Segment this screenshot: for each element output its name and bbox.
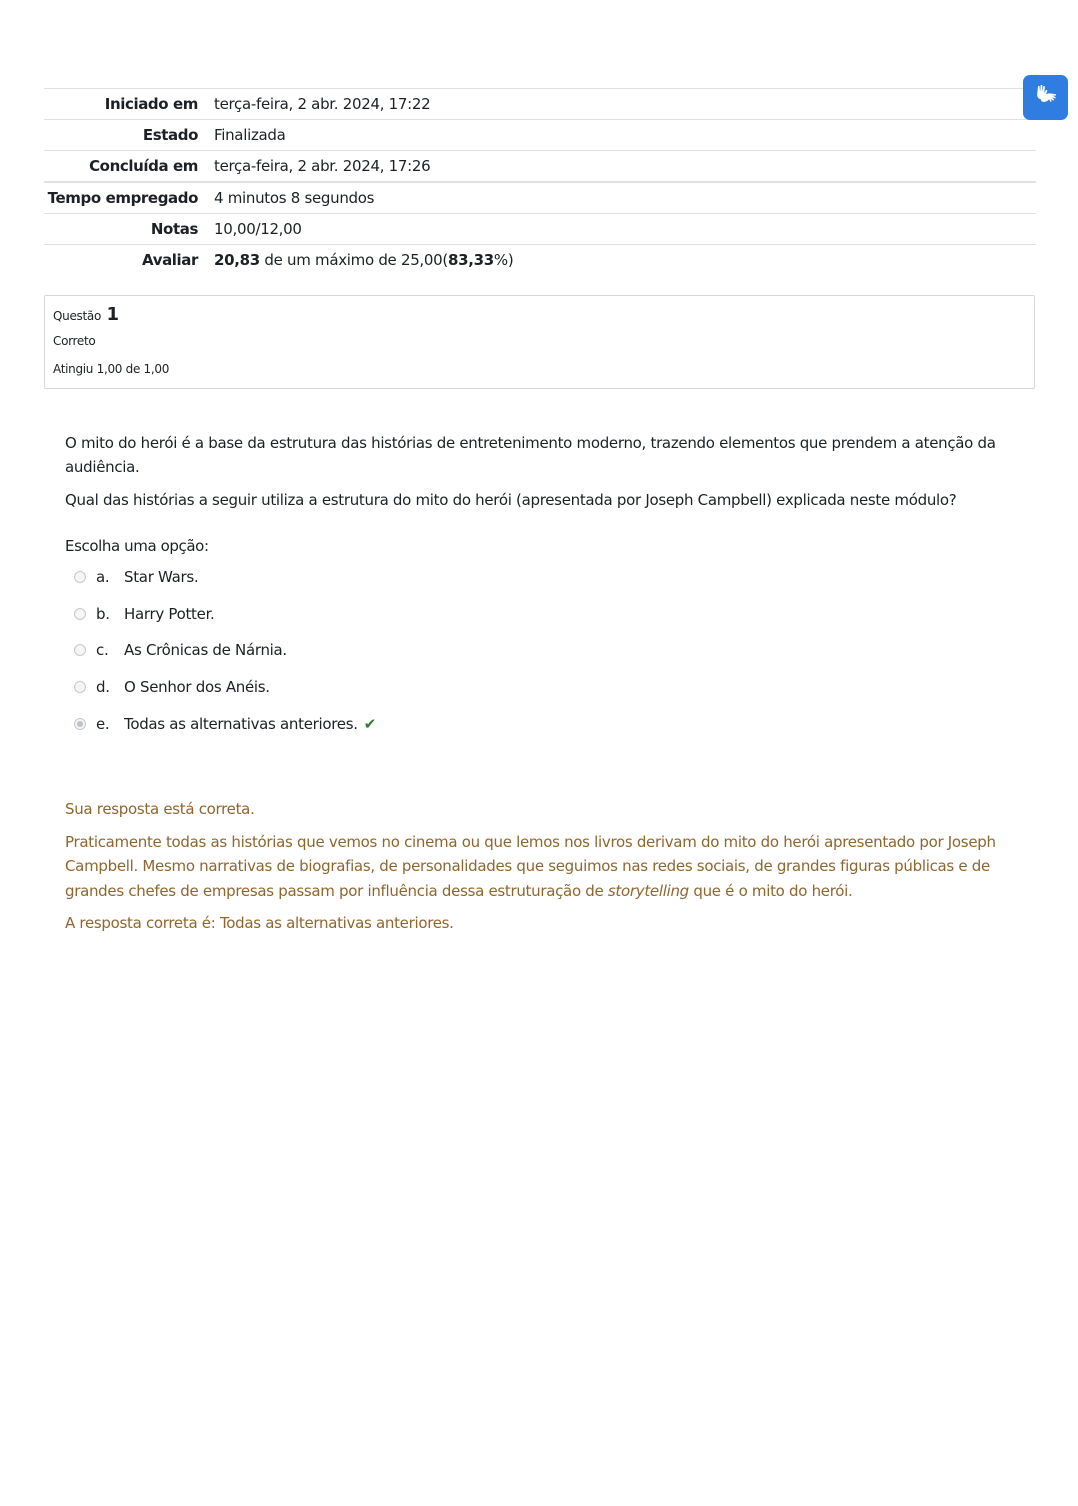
answer-letter: d. — [96, 678, 124, 696]
answer-text: As Crônicas de Nárnia. — [124, 641, 287, 659]
summary-row-started: Iniciado em terça-feira, 2 abr. 2024, 17… — [44, 89, 1036, 120]
radio-button-selected[interactable] — [74, 718, 86, 730]
feedback-text: que é o mito do herói. — [689, 882, 853, 900]
question-text-paragraph: Qual das histórias a seguir utiliza a es… — [65, 488, 1015, 512]
summary-value: 4 minutos 8 segundos — [214, 182, 1036, 214]
question-info-box: Questão 1 Correto Atingiu 1,00 de 1,00 — [44, 295, 1035, 389]
answer-text: Todas as alternativas anteriores. — [124, 715, 358, 733]
question-label: Questão — [53, 309, 101, 323]
feedback-result: Sua resposta está correta. — [65, 797, 1015, 822]
feedback-italic-term: storytelling — [608, 882, 689, 900]
radio-button[interactable] — [74, 681, 86, 693]
radio-button[interactable] — [74, 571, 86, 583]
answer-text: Harry Potter. — [124, 605, 215, 623]
grade-suffix: %) — [494, 251, 514, 269]
radio-button[interactable] — [74, 644, 86, 656]
answer-text: O Senhor dos Anéis. — [124, 678, 270, 696]
feedback-section: Sua resposta está correta. Praticamente … — [65, 797, 1015, 944]
summary-label: Concluída em — [44, 151, 214, 183]
answer-option-b[interactable]: b. Harry Potter. — [74, 602, 376, 626]
summary-label: Estado — [44, 120, 214, 151]
summary-row-time-taken: Tempo empregado 4 minutos 8 segundos — [44, 182, 1036, 214]
question-state: Correto — [53, 334, 95, 348]
summary-label: Notas — [44, 214, 214, 245]
answer-letter: b. — [96, 605, 124, 623]
answer-text: Star Wars. — [124, 568, 198, 586]
answer-option-c[interactable]: c. As Crônicas de Nárnia. — [74, 638, 376, 662]
feedback-general: Praticamente todas as histórias que vemo… — [65, 830, 1015, 904]
question-number-value: 1 — [107, 304, 119, 325]
answer-option-d[interactable]: d. O Senhor dos Anéis. — [74, 675, 376, 699]
summary-label: Avaliar — [44, 245, 214, 276]
question-text-paragraph: O mito do herói é a base da estrutura da… — [65, 431, 1015, 479]
answer-letter: e. — [96, 715, 124, 733]
answer-option-a[interactable]: a. Star Wars. — [74, 565, 376, 589]
accessibility-widget-button[interactable] — [1023, 75, 1068, 120]
summary-value: 20,83 de um máximo de 25,00(83,33%) — [214, 245, 1036, 276]
answer-options: a. Star Wars. b. Harry Potter. c. As Crô… — [74, 565, 376, 748]
answer-option-e[interactable]: e. Todas as alternativas anteriores. ✔ — [74, 712, 376, 736]
answer-letter: a. — [96, 568, 124, 586]
answer-prompt: Escolha uma opção: — [65, 537, 209, 555]
summary-row-marks: Notas 10,00/12,00 — [44, 214, 1036, 245]
grade-percent: 83,33 — [448, 251, 494, 269]
summary-value: Finalizada — [214, 120, 1036, 151]
answer-letter: c. — [96, 641, 124, 659]
summary-row-state: Estado Finalizada — [44, 120, 1036, 151]
summary-row-grade: Avaliar 20,83 de um máximo de 25,00(83,3… — [44, 245, 1036, 276]
radio-button[interactable] — [74, 608, 86, 620]
summary-value: terça-feira, 2 abr. 2024, 17:26 — [214, 151, 1036, 183]
question-grade: Atingiu 1,00 de 1,00 — [53, 362, 169, 376]
grade-score: 20,83 — [214, 251, 260, 269]
question-number: Questão 1 — [53, 304, 119, 325]
summary-label: Iniciado em — [44, 89, 214, 120]
summary-value: terça-feira, 2 abr. 2024, 17:22 — [214, 89, 1036, 120]
feedback-right-answer: A resposta correta é: Todas as alternati… — [65, 911, 1015, 936]
summary-row-completed: Concluída em terça-feira, 2 abr. 2024, 1… — [44, 151, 1036, 183]
check-mark-icon: ✔ — [364, 715, 376, 733]
question-text: O mito do herói é a base da estrutura da… — [65, 431, 1015, 521]
grade-middle: de um máximo de 25,00( — [260, 251, 448, 269]
sign-language-hands-icon — [1032, 82, 1060, 114]
feedback-text: Praticamente todas as histórias que vemo… — [65, 833, 996, 900]
summary-value: 10,00/12,00 — [214, 214, 1036, 245]
attempt-summary-table: Iniciado em terça-feira, 2 abr. 2024, 17… — [44, 88, 1036, 275]
summary-label: Tempo empregado — [44, 182, 214, 214]
